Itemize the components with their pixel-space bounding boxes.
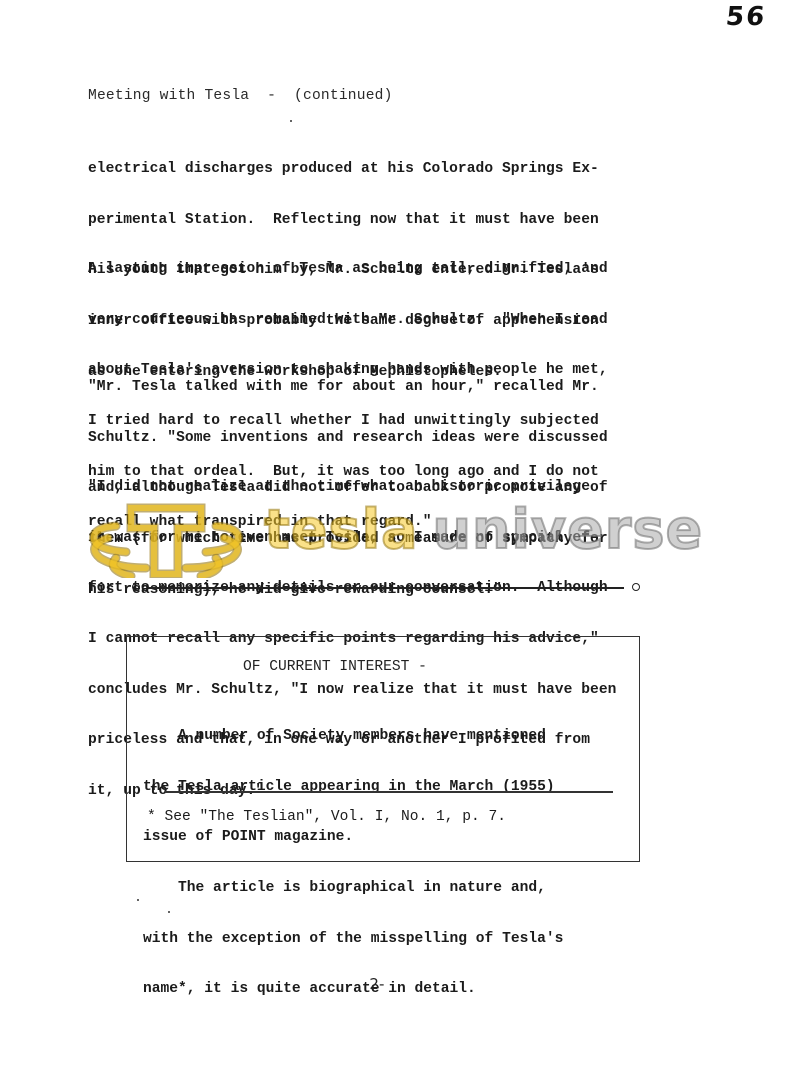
text-line: perimental Station. Reflecting now that … xyxy=(88,212,599,229)
box-title: OF CURRENT INTEREST - xyxy=(243,659,427,675)
text-line: The article is biographical in nature an… xyxy=(143,880,563,897)
box-body: A number of Society members have mention… xyxy=(143,694,563,1032)
page-folio: -2- xyxy=(364,975,384,993)
divider-end-circle-icon xyxy=(632,583,640,591)
text-line: very courteous has remained with Mr. Sch… xyxy=(88,312,608,329)
text-line: A number of Society members have mention… xyxy=(143,728,563,745)
paper-speck xyxy=(290,120,292,122)
text-line: name*, it is quite accurate in detail. xyxy=(143,981,563,998)
text-line: it was for me to even meet Tesla, so I m… xyxy=(88,530,616,547)
paper-speck xyxy=(168,911,170,913)
paper-speck xyxy=(137,899,139,901)
text-line: "I did not realize at the time what an h… xyxy=(88,479,616,496)
divider-end-circle-icon xyxy=(132,583,140,591)
text-line: electrical discharges produced at his Co… xyxy=(88,161,599,178)
text-line: the Tesla article appearing in the March… xyxy=(143,779,563,796)
current-interest-box: OF CURRENT INTEREST - A number of Societ… xyxy=(126,636,640,862)
text-line: with the exception of the misspelling of… xyxy=(143,931,563,948)
divider-rule xyxy=(148,587,624,589)
footnote: * See "The Teslian", Vol. I, No. 1, p. 7… xyxy=(147,809,506,825)
text-line: issue of POINT magazine. xyxy=(143,829,563,846)
text-line: "Mr. Tesla talked with me for about an h… xyxy=(88,379,608,396)
footnote-rule xyxy=(165,791,613,793)
text-line: A lasting impression of Tesla as being t… xyxy=(88,261,608,278)
section-divider xyxy=(132,582,640,594)
text-line: Schultz. "Some inventions and research i… xyxy=(88,430,608,447)
running-head: Meeting with Tesla - (continued) xyxy=(88,88,393,104)
handwritten-page-number: 56 xyxy=(724,2,767,32)
